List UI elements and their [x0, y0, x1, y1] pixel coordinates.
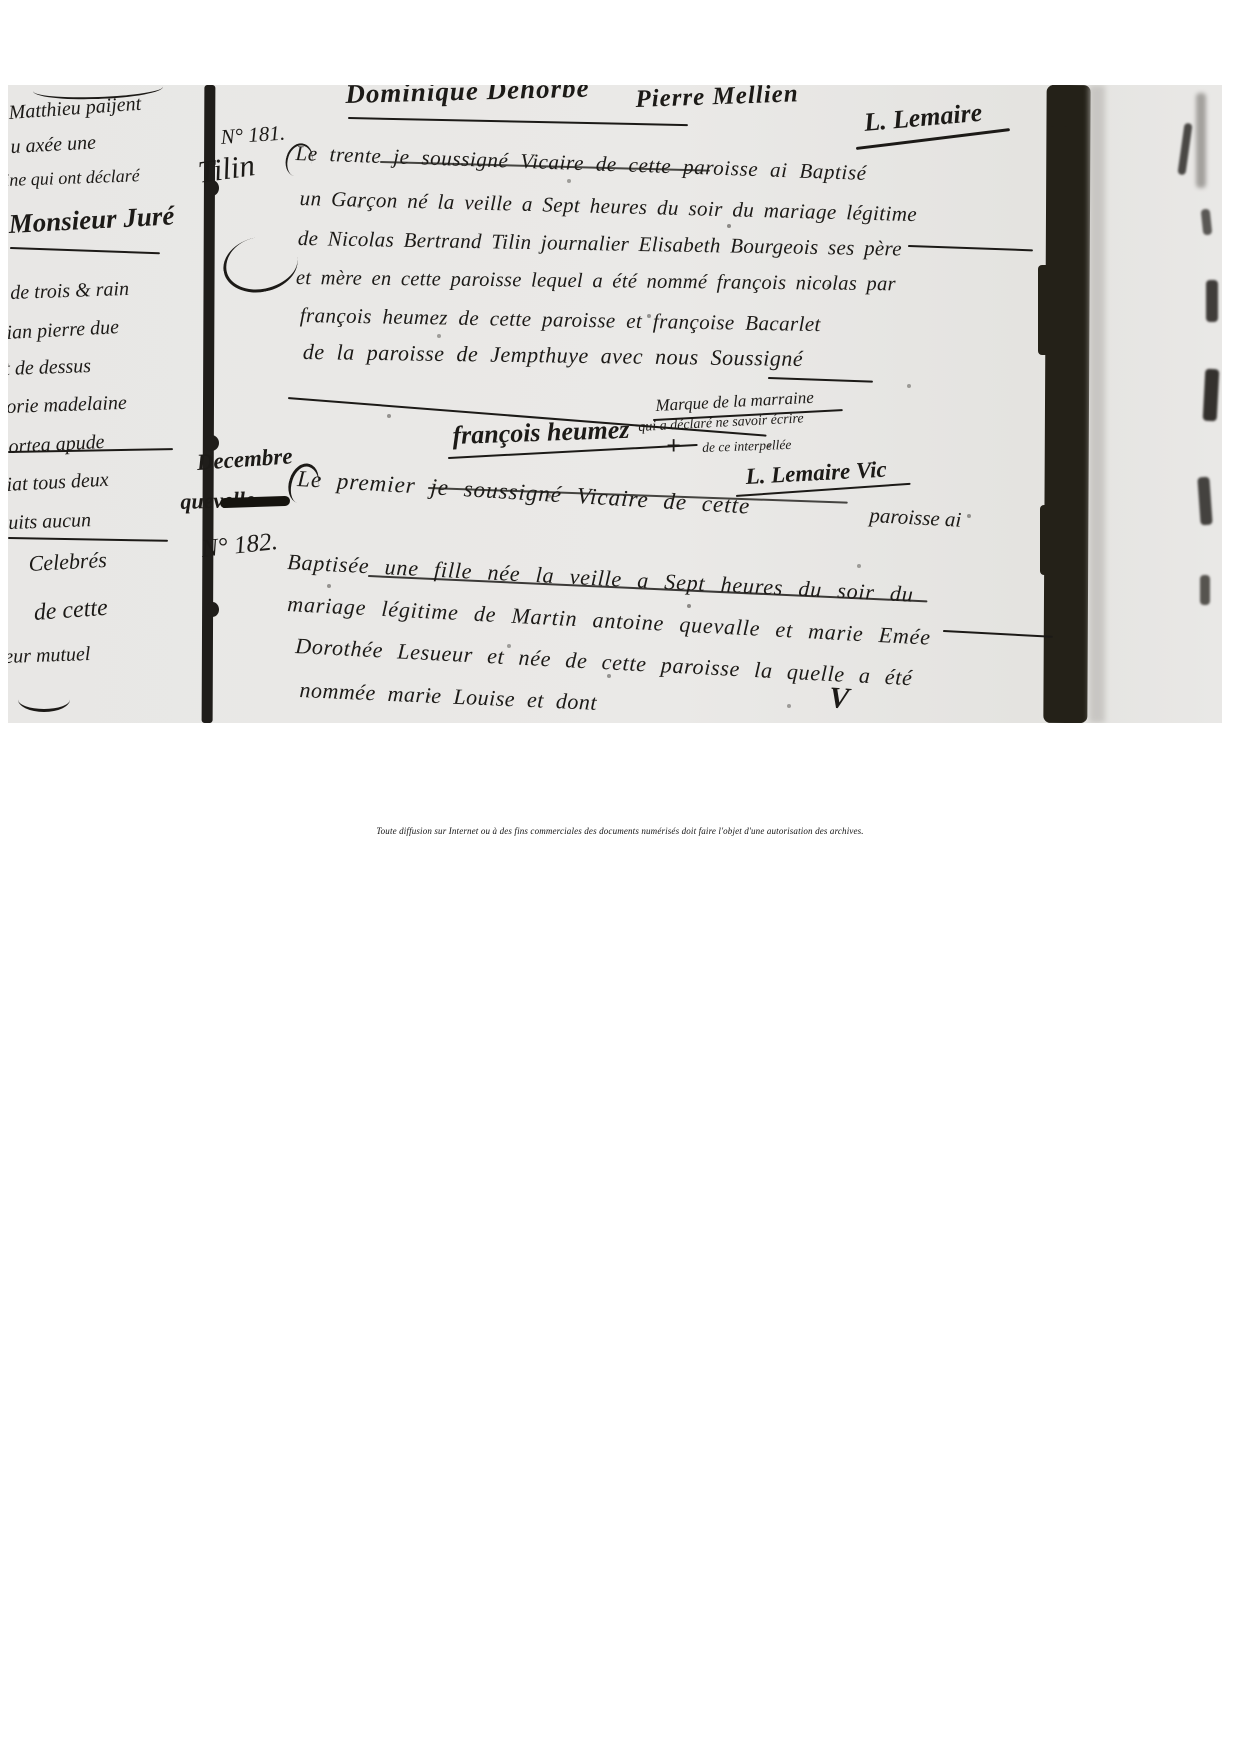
binding-rough-edge	[1038, 265, 1050, 355]
binding-rough-edge	[1040, 505, 1050, 575]
check-flourish: V	[828, 683, 850, 714]
vicar-signature: L. Lemaire Vic	[745, 458, 887, 488]
margin-fragment: iat tous deux	[8, 470, 109, 495]
record-182-body-line: paroisse ai	[869, 505, 962, 531]
record-182-number: N° 182.	[200, 529, 279, 562]
margin-fragment: Monsieur Juré	[8, 202, 175, 238]
record-181-number: N° 181.	[220, 123, 286, 148]
record-181-margin-name: Tilin	[196, 149, 257, 188]
margin-fragment: de trois & rain	[10, 279, 129, 303]
signature-pierre-mellien: Pierre Mellien	[635, 85, 799, 112]
record-181-body-line: de Nicolas Bertrand Tilin journalier Eli…	[298, 228, 902, 260]
margin-fragment: Matthieu paijent	[8, 94, 142, 123]
signature-paraph	[348, 117, 688, 126]
record-181-body-line: et mère en cette paroisse lequel a été n…	[296, 268, 896, 295]
record-182-body-line: nommée marie Louise et dont	[299, 679, 597, 714]
bleed-mark	[1177, 123, 1192, 176]
record-182-month: Decembre	[196, 444, 293, 474]
margin-fragment: ine qui ont déclaré	[8, 166, 140, 189]
margin-fragment: ian pierre due	[8, 317, 119, 343]
bleed-mark	[1206, 280, 1218, 322]
signature-dominique-dehorbe: Dominique Dehorbe	[345, 85, 590, 108]
line-end-dash	[908, 245, 1033, 251]
line-end-dash	[943, 630, 1053, 638]
margin-fragment: orie madelaine	[8, 393, 127, 417]
bleed-mark	[1200, 575, 1210, 605]
margin-fragment: de cette	[33, 596, 108, 625]
margin-fragment: uits aucun	[8, 510, 91, 533]
margin-fragment: ortea apude	[8, 432, 105, 457]
godmother-cross-mark: +	[666, 433, 681, 459]
signature-l-lemaire: L. Lemaire	[863, 100, 983, 136]
record-181-body-line: un Garçon né la veille a Sept heures du …	[299, 188, 917, 225]
binding-rough-edge	[1050, 85, 1068, 127]
flourish-arc	[18, 687, 70, 712]
margin-fragment: u axée une	[10, 133, 96, 157]
underline-stroke	[768, 377, 873, 383]
underline-stroke	[8, 537, 168, 541]
record-181-body-line: Le trente je soussigné Vicaire de cette …	[295, 143, 867, 184]
godmother-mark-note: Marque de la marraine	[655, 389, 814, 414]
margin-fragment: t de dessus	[8, 356, 91, 379]
ink-bulge	[206, 602, 219, 617]
margin-fragment: Celebrés	[28, 549, 107, 575]
binding-shadow-band	[1043, 85, 1090, 723]
bleed-mark	[1201, 209, 1213, 236]
godfather-signature: françois heumez	[452, 417, 630, 449]
underline-stroke	[10, 247, 160, 254]
godmother-mark-note: de ce interpellée	[702, 438, 792, 455]
binding-halo	[1089, 85, 1105, 723]
bleed-mark	[1196, 93, 1206, 188]
bleed-mark	[1203, 369, 1220, 422]
record-181-body-line: françois heumez de cette paroisse et fra…	[300, 305, 821, 335]
record-181-flourish	[218, 230, 303, 299]
bleed-mark	[1197, 477, 1212, 526]
paper-speckles	[8, 85, 10, 87]
ink-blot	[220, 496, 290, 508]
archive-copyright-caption: Toute diffusion sur Internet ou à des fi…	[0, 826, 1240, 836]
scanned-register-page: Matthieu paijent u axée une ine qui ont …	[0, 0, 1240, 1754]
margin-fragment: eur mutuel	[8, 644, 91, 667]
record-182-body-line: Le premier je soussigné Vicaire de cette	[297, 467, 751, 518]
record-181-body-line: de la paroisse de Jempthuye avec nous So…	[303, 341, 804, 370]
scan-image: Matthieu paijent u axée une ine qui ont …	[8, 85, 1222, 723]
